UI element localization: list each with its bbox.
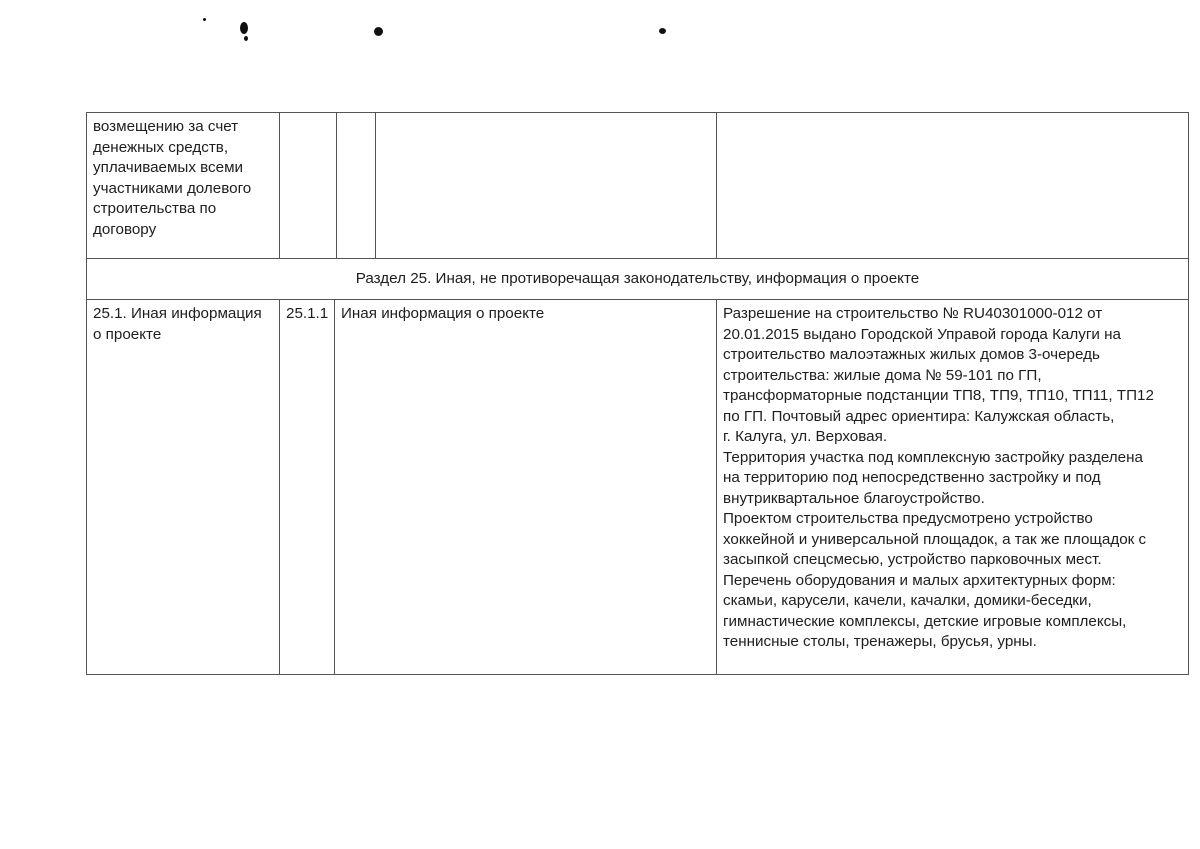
cell-name: Иная информация о проекте [334,300,716,674]
cell-category: 25.1. Иная информация о проекте [87,300,279,674]
cell-description-continuation: возмещению за счет денежных средств, упл… [87,113,279,258]
text-line: трансформаторные подстанции ТП8, ТП9, ТП… [723,386,1182,407]
text-line: строительства: жилые дома № 59-101 по ГП… [723,366,1182,387]
text-line: денежных средств, [93,138,273,159]
text-line: г. Калуга, ул. Верховая. [723,427,1182,448]
text-line: засыпкой спецсмесью, устройство парковоч… [723,550,1182,571]
text-line: хоккейной и универсальной площадок, а та… [723,530,1182,551]
cell-empty [336,113,375,258]
cell-empty [279,113,336,258]
text-line: строительства по [93,199,273,220]
text-line: уплачиваемых всеми [93,158,273,179]
scan-speck [659,28,666,34]
text-line: о проекте [93,325,273,346]
text-line: по ГП. Почтовый адрес ориентира: Калужск… [723,407,1182,428]
text-line: Территория участка под комплексную застр… [723,448,1182,469]
section-header-row: Раздел 25. Иная, не противоречащая закон… [86,258,1189,299]
cell-code: 25.1.1 [279,300,334,674]
cell-empty [716,113,1188,258]
text-line: Разрешение на строительство № RU40301000… [723,304,1182,325]
text-line: строительство малоэтажных жилых домов 3-… [723,345,1182,366]
scan-speck [244,36,248,41]
text-line: Проектом строительства предусмотрено уст… [723,509,1182,530]
text-line: 20.01.2015 выдано Городской Управой горо… [723,325,1182,346]
scan-speck [240,22,248,34]
text-line: возмещению за счет [93,117,273,138]
text-line: скамьи, карусели, качели, качалки, домик… [723,591,1182,612]
text-line: гимнастические комплексы, детские игровы… [723,612,1182,633]
document-table: возмещению за счет денежных средств, упл… [86,112,1189,675]
text-line: 25.1. Иная информация [93,304,273,325]
section-title: Раздел 25. Иная, не противоречащая закон… [87,259,1188,299]
table-row-continuation: возмещению за счет денежных средств, упл… [86,112,1189,258]
scan-speck [374,27,383,36]
text-line: на территорию под непосредственно застро… [723,468,1182,489]
text-line: внутриквартальное благоустройство. [723,489,1182,510]
scan-speck [203,18,206,21]
text-line: договору [93,220,273,241]
cell-value: Разрешение на строительство № RU40301000… [716,300,1188,674]
table-row-item: 25.1. Иная информация о проекте 25.1.1 И… [86,299,1189,675]
text-line: участниками долевого [93,179,273,200]
cell-empty [375,113,716,258]
text-line: Перечень оборудования и малых архитектур… [723,571,1182,592]
text-line: теннисные столы, тренажеры, брусья, урны… [723,632,1182,653]
